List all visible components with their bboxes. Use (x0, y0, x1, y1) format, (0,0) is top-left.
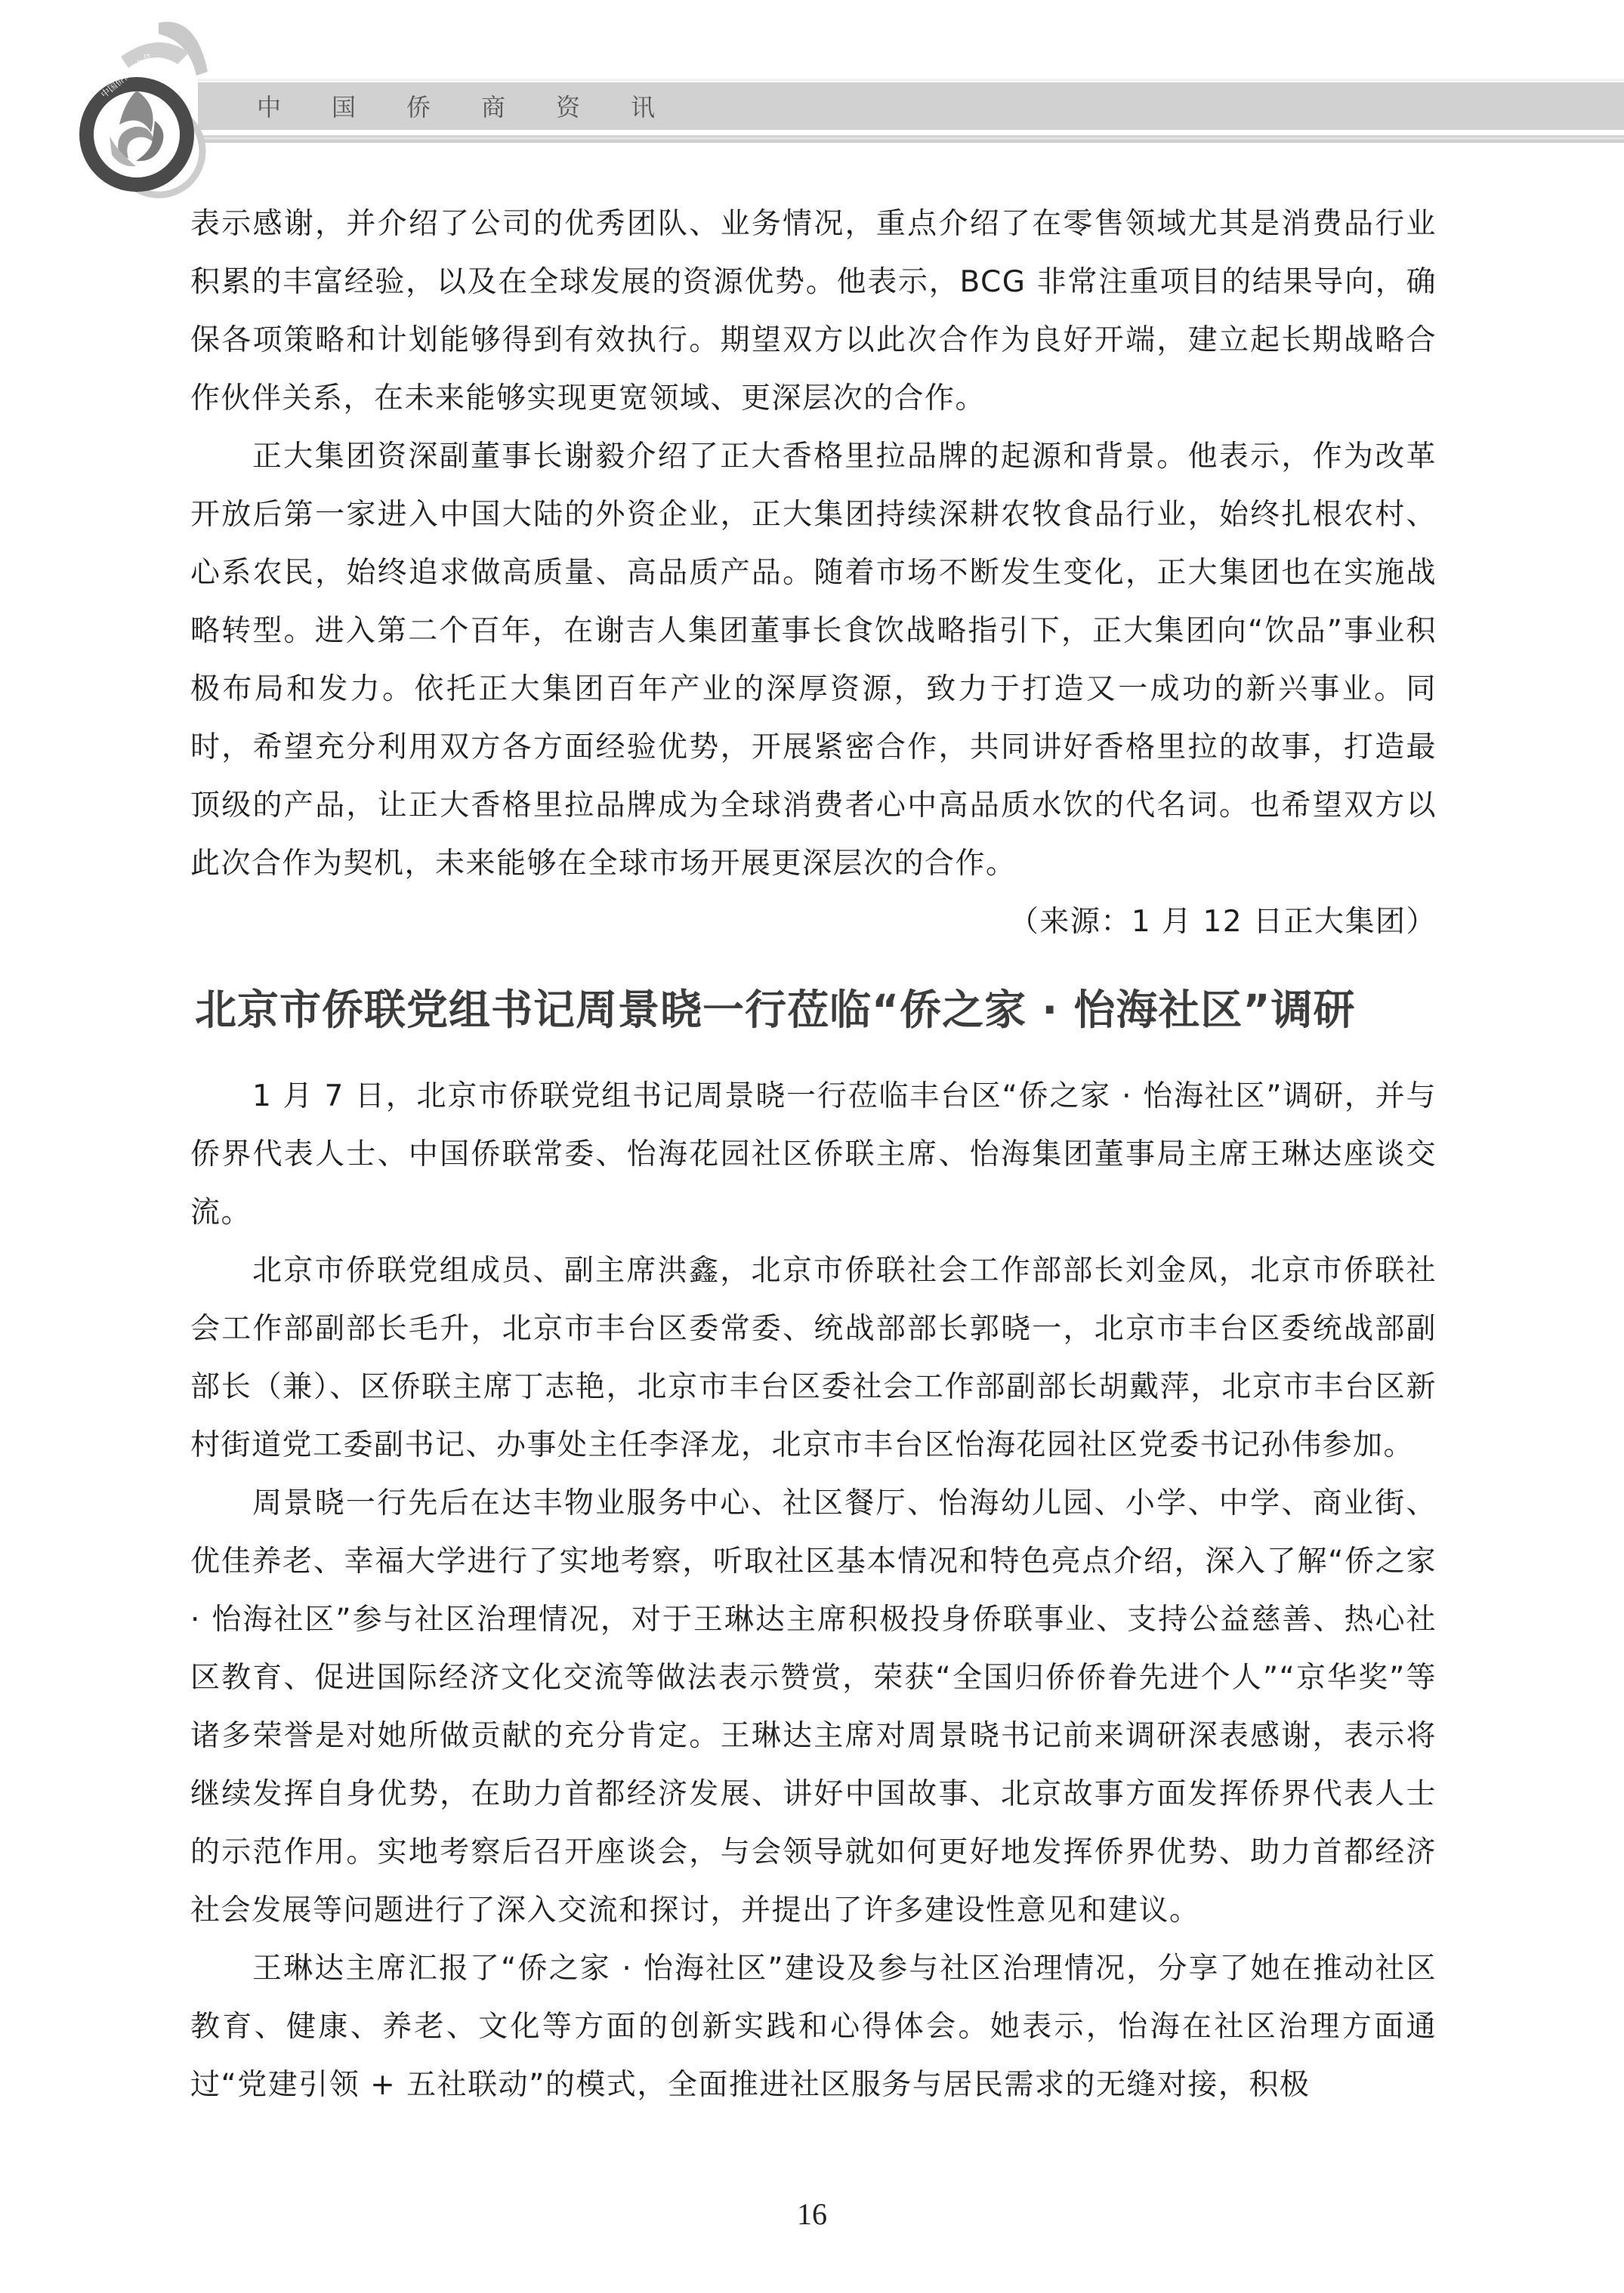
publication-title-char: 中 (257, 92, 332, 122)
publication-title-char: 商 (481, 92, 556, 122)
publication-title: 中 国 侨 商 资 讯 (257, 92, 705, 122)
publication-title-char: 讯 (631, 92, 705, 122)
logo-emblem-icon: 中国侨商联合会 (45, 0, 287, 227)
publication-title-char: 国 (332, 92, 406, 122)
article-1-paragraph-1: 表示感谢，并介绍了公司的优秀团队、业务情况，重点介绍了在零售领域尤其是消费品行业… (190, 195, 1437, 427)
article-1-paragraph-2-text: 正大集团资深副董事长谢毅介绍了正大香格里拉品牌的起源和背景。他表示，作为改革开放… (190, 440, 1437, 881)
page-number: 16 (0, 2196, 1624, 2232)
logo: 中国侨商联合会 (45, 0, 287, 227)
article-2-title: 北京市侨联党组书记周景晓一行莅临“侨之家 · 怡海社区”调研 (195, 982, 1441, 1038)
article-1-body: 表示感谢，并介绍了公司的优秀团队、业务情况，重点介绍了在零售领域尤其是消费品行业… (190, 195, 1437, 951)
header-band-highlight (198, 79, 1624, 82)
article-2-body: 1 月 7 日，北京市侨联党组书记周景晓一行莅临丰台区“侨之家 · 怡海社区”调… (190, 1067, 1437, 2114)
article-2-paragraph-2: 北京市侨联党组成员、副主席洪鑫，北京市侨联社会工作部部长刘金凤，北京市侨联社会工… (190, 1242, 1437, 1474)
article-2-paragraph-4: 王琳达主席汇报了“侨之家 · 怡海社区”建设及参与社区治理情况，分享了她在推动社… (190, 1940, 1437, 2114)
header-stripe (198, 135, 1624, 143)
article-2-paragraph-3: 周景晓一行先后在达丰物业服务中心、社区餐厅、怡海幼儿园、小学、中学、商业街、优佳… (190, 1474, 1437, 1940)
article-1-source: （来源：1 月 12 日正大集团） (947, 893, 1437, 951)
article-1-paragraph-2: 正大集团资深副董事长谢毅介绍了正大香格里拉品牌的起源和背景。他表示，作为改革开放… (190, 427, 1437, 893)
publication-title-char: 侨 (406, 92, 481, 122)
publication-title-char: 资 (556, 92, 631, 122)
article-2-paragraph-1: 1 月 7 日，北京市侨联党组书记周景晓一行莅临丰台区“侨之家 · 怡海社区”调… (190, 1067, 1437, 1242)
